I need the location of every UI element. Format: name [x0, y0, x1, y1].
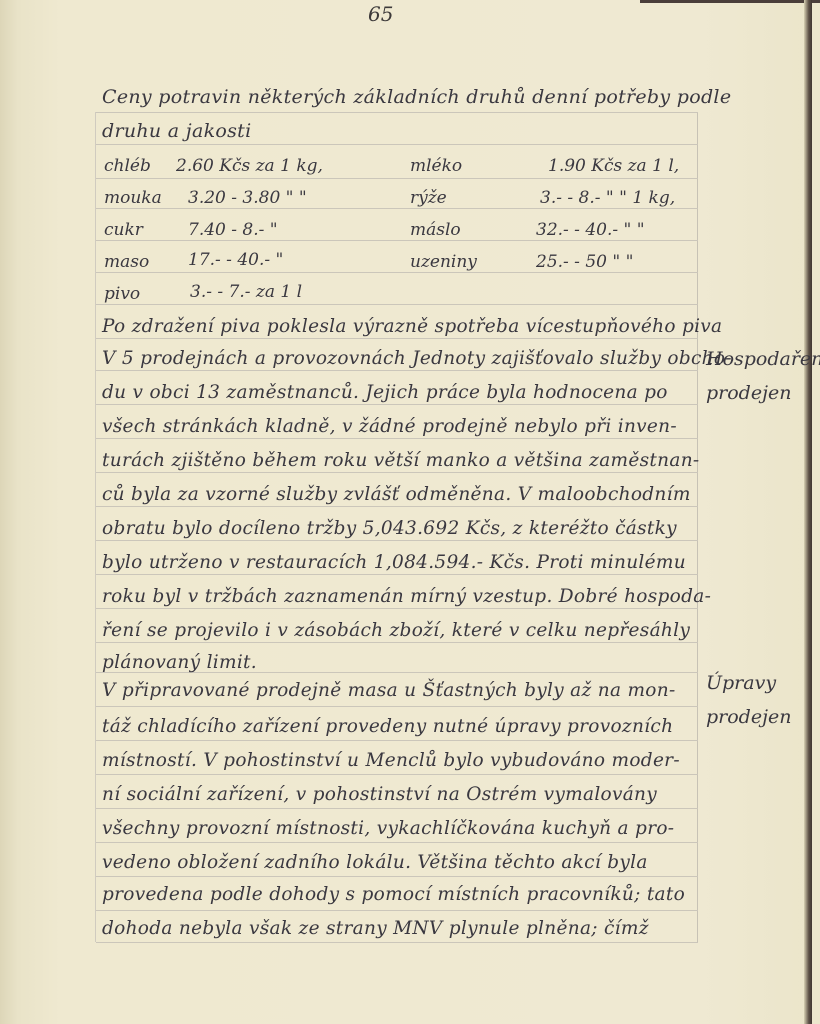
body-line: ní sociální zařízení, v pohostinství na … — [102, 784, 657, 805]
price-item-name: pivo — [104, 284, 140, 304]
ruled-line — [96, 876, 698, 877]
price-item-value: 3.- - 8.- " " 1 kg, — [540, 188, 675, 208]
body-line: provedena podle dohody s pomocí místních… — [102, 884, 685, 905]
margin-note-subtitle: prodejen — [706, 706, 791, 728]
margin-note-title: Úpravy — [706, 672, 776, 694]
ruled-line — [96, 370, 698, 371]
price-item-name: maso — [104, 252, 149, 272]
page-top-edge — [640, 0, 820, 3]
page-right-edge — [804, 0, 812, 1024]
ruled-line — [96, 404, 698, 405]
price-item-name: uzeniny — [410, 252, 477, 272]
heading-line: druhu a jakosti — [102, 120, 252, 142]
ruled-line — [96, 540, 698, 541]
notebook-page: 65 Ceny potravin některých základních dr… — [0, 0, 812, 1024]
ruled-line — [96, 942, 698, 943]
price-item-value: 1.90 Kčs za 1 l, — [548, 156, 679, 176]
left-margin-rule — [95, 112, 96, 942]
price-item-value: 17.- - 40.- " — [188, 250, 283, 270]
body-line: V připravované prodejně masa u Šťastných… — [102, 680, 676, 701]
body-line: Po zdražení piva poklesla výrazně spotře… — [102, 316, 722, 337]
ruled-line — [96, 774, 698, 775]
body-line: táž chladícího zařízení provedeny nutné … — [102, 716, 673, 737]
body-line: místností. V pohostinství u Menclů bylo … — [102, 750, 680, 771]
ruled-line — [96, 438, 698, 439]
body-line: V 5 prodejnách a provozovnách Jednoty za… — [102, 348, 732, 369]
ruled-line — [96, 112, 698, 113]
ruled-line — [96, 304, 698, 305]
ruled-line — [96, 144, 698, 145]
ruled-line — [96, 808, 698, 809]
ruled-line — [96, 240, 698, 241]
price-item-value: 25.- - 50 " " — [536, 252, 633, 272]
price-item-value: 2.60 Kčs za 1 kg, — [176, 156, 323, 176]
ruled-line — [96, 472, 698, 473]
price-item-name: máslo — [410, 220, 461, 240]
body-line: vedeno obložení zadního lokálu. Většina … — [102, 852, 648, 873]
body-line: obratu bylo docíleno tržby 5,043.692 Kčs… — [102, 518, 677, 539]
margin-note-subtitle: prodejen — [706, 382, 791, 404]
ruled-line — [96, 338, 698, 339]
price-item-name: mléko — [410, 156, 462, 176]
page-number: 65 — [368, 2, 393, 26]
ruled-line — [96, 608, 698, 609]
ruled-line — [96, 208, 698, 209]
body-line: plánovaný limit. — [102, 652, 257, 673]
margin-note-title: Hospodaření — [706, 348, 820, 370]
body-line: všech stránkách kladně, v žádné prodejně… — [102, 416, 677, 437]
price-item-name: mouka — [104, 188, 162, 208]
ruled-line — [96, 842, 698, 843]
ruled-line — [96, 642, 698, 643]
body-line: du v obci 13 zaměstnanců. Jejich práce b… — [102, 382, 668, 403]
body-line: všechny provozní místnosti, vykachlíčkov… — [102, 818, 674, 839]
ruled-line — [96, 740, 698, 741]
price-item-name: rýže — [410, 188, 447, 208]
body-line: turách zjištěno během roku větší manko a… — [102, 450, 699, 471]
price-item-name: cukr — [104, 220, 143, 240]
price-item-value: 7.40 - 8.- " — [188, 220, 278, 240]
ruled-line — [96, 272, 698, 273]
ruled-line — [96, 506, 698, 507]
ruled-line — [96, 574, 698, 575]
ruled-line — [96, 910, 698, 911]
right-margin-rule — [697, 112, 698, 942]
price-item-name: chléb — [104, 156, 151, 176]
price-item-value: 3.20 - 3.80 " " — [188, 188, 307, 208]
heading-line: Ceny potravin některých základních druhů… — [102, 86, 731, 108]
body-line: dohoda nebyla však ze strany MNV plynule… — [102, 918, 649, 939]
body-line: ců byla za vzorné služby zvlášť odměněna… — [102, 484, 691, 505]
ruled-line — [96, 178, 698, 179]
body-line: roku byl v tržbách zaznamenán mírný vzes… — [102, 586, 711, 607]
body-line: ření se projevilo i v zásobách zboží, kt… — [102, 620, 690, 641]
price-item-value: 3.- - 7.- za 1 l — [190, 282, 302, 302]
ruled-line — [96, 706, 698, 707]
body-line: bylo utrženo v restauracích 1,084.594.- … — [102, 552, 686, 573]
price-item-value: 32.- - 40.- " " — [536, 220, 645, 240]
